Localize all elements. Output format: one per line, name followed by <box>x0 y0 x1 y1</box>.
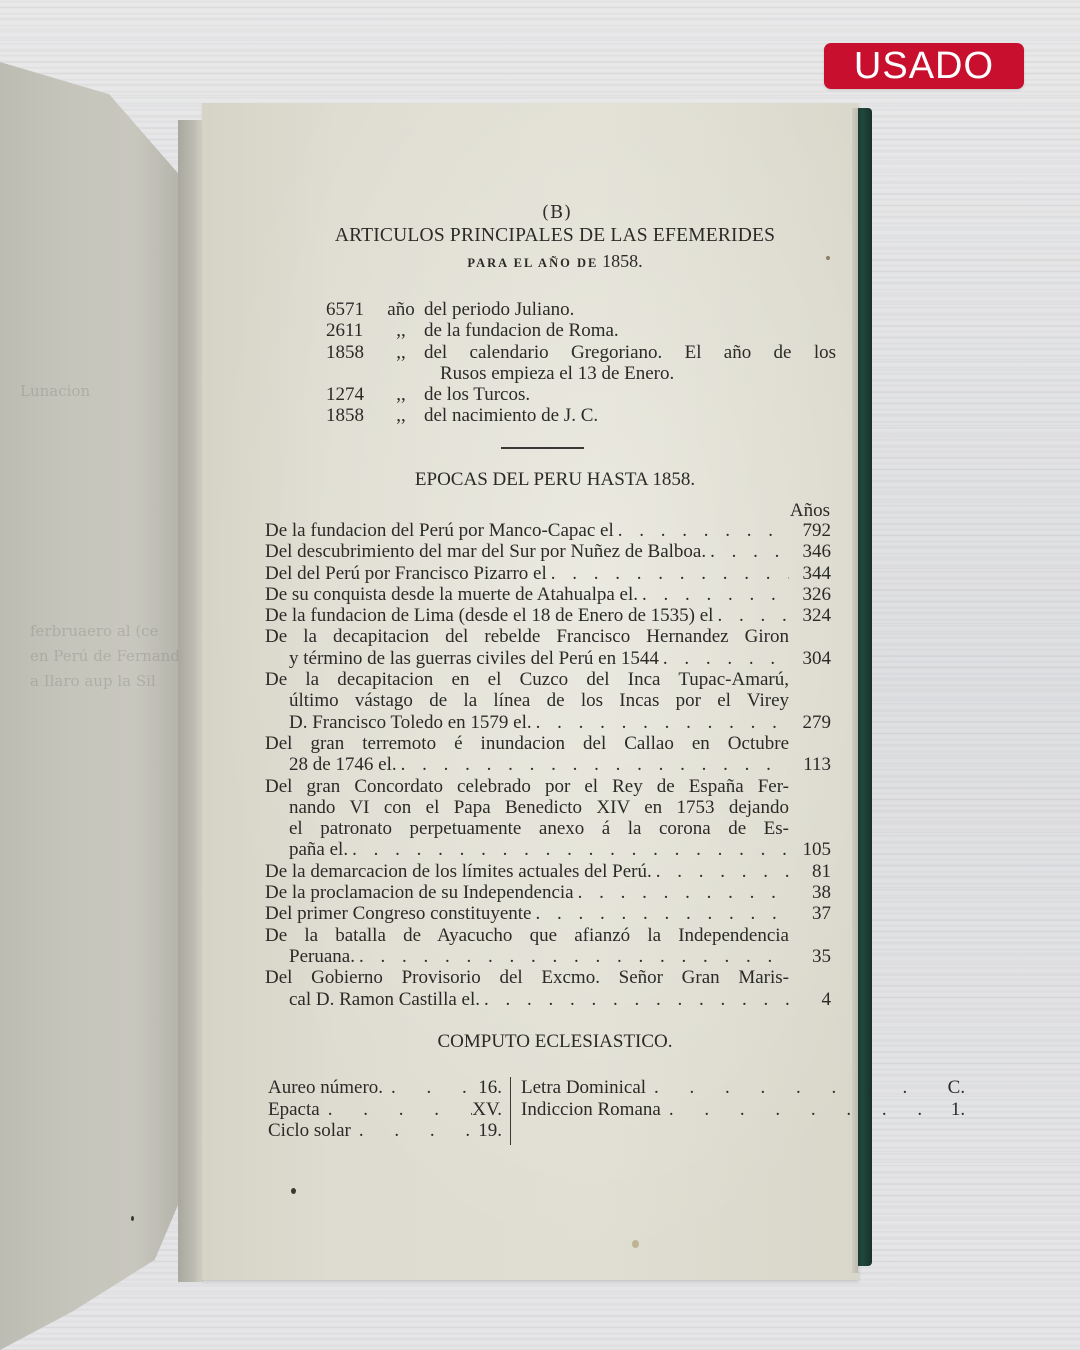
epoch-entry: De la proclamacion de su Independencia .… <box>265 882 831 903</box>
leader-dots: . . . . . . . . . . . . . . . . . . . . … <box>710 541 789 562</box>
epoch-line: último vástago de la línea de los Incas … <box>265 690 789 711</box>
epoch-entry: De su conquista desde la muerte de Atahu… <box>265 584 831 605</box>
paper-stain <box>632 1240 639 1248</box>
epoch-years: 304 <box>789 648 831 669</box>
bleed-through-text: en Perú de Fernando <box>30 647 189 665</box>
epoch-line-text: Del descubrimiento del mar del Sur por N… <box>265 541 706 562</box>
epoch-line-text: 28 de 1746 el. <box>289 754 397 775</box>
epoch-description: De su conquista desde la muerte de Atahu… <box>265 584 789 605</box>
computo-left-column: Aureo número. . . . . . . . . 16. Epacta… <box>268 1077 511 1145</box>
computo-value: C. <box>935 1077 965 1099</box>
computo-row: Epacta . . . . . . . . XV. <box>268 1099 502 1121</box>
era-text: de los Turcos. <box>424 384 836 405</box>
bleed-through-text: ferbruaero al (ce <box>30 622 158 640</box>
computo-table: Aureo número. . . . . . . . . 16. Epacta… <box>268 1077 838 1145</box>
page-subtitle: PARA EL AÑO DE 1858. <box>260 251 850 272</box>
epoch-years: 37 <box>789 903 831 924</box>
epoch-years: 105 <box>789 839 831 860</box>
era-number: 6571 <box>326 299 378 320</box>
computo-row: Aureo número. . . . . . . . . 16. <box>268 1077 502 1099</box>
epoch-description: Del gran terremoto é inundacion del Call… <box>265 733 789 776</box>
computo-row: Ciclo solar . . . . . . . . 19. <box>268 1120 502 1142</box>
computo-value: 1. <box>935 1099 965 1121</box>
epoch-years: 344 <box>789 563 831 584</box>
epoch-line: y término de las guerras civiles del Per… <box>265 648 789 669</box>
era-row: 2611 ,, de la fundacion de Roma. <box>326 320 836 341</box>
leader-dots: . . . . . . . . <box>320 1099 472 1121</box>
epoch-line: Del del Perú por Francisco Pizarro el . … <box>265 563 789 584</box>
section-mark: (B) <box>262 202 852 223</box>
epoch-line-text: De la proclamacion de su Independencia <box>265 882 574 903</box>
epoch-line: De la decapitacion del rebelde Francisco… <box>265 626 789 647</box>
used-condition-badge: USADO <box>824 43 1024 89</box>
epoch-line-text: Del primer Congreso constituyente <box>265 903 531 924</box>
epoch-line: nando VI con el Papa Benedicto XIV en 17… <box>265 797 789 818</box>
epoch-entry: De la demarcacion de los límites actuale… <box>265 861 831 882</box>
epoch-entry: De la batalla de Ayacucho que afianzó la… <box>265 925 831 968</box>
computo-heading: COMPUTO ECLESIASTICO. <box>260 1031 850 1053</box>
epocas-heading: EPOCAS DEL PERU HASTA 1858. <box>260 469 850 491</box>
epoch-description: De la batalla de Ayacucho que afianzó la… <box>265 925 789 968</box>
epoch-line: Peruana. . . . . . . . . . . . . . . . .… <box>265 946 789 967</box>
era-text: del periodo Juliano. <box>424 299 836 320</box>
leader-dots: . . . . . . . . <box>646 1077 935 1099</box>
epoch-description: Del Gobierno Provisorio del Excmo. Señor… <box>265 967 789 1010</box>
computo-row: Letra Dominical . . . . . . . . C. <box>521 1077 965 1099</box>
leader-dots: . . . . . . . . . . . . . . . . . . . . … <box>618 520 789 541</box>
epoch-line: De la batalla de Ayacucho que afianzó la… <box>265 925 789 946</box>
epoch-years: 81 <box>789 861 831 882</box>
epoch-line: Del gran terremoto é inundacion del Call… <box>265 733 789 754</box>
epoch-line: D. Francisco Toledo en 1579 el. . . . . … <box>265 712 789 733</box>
computo-label: Letra Dominical <box>521 1077 646 1099</box>
epoch-line: 28 de 1746 el. . . . . . . . . . . . . .… <box>265 754 789 775</box>
era-row: 1858 ,, del calendario Gregoriano. El añ… <box>326 342 836 363</box>
epoch-line: De la proclamacion de su Independencia .… <box>265 882 789 903</box>
epoch-years: 326 <box>789 584 831 605</box>
epoch-description: Del primer Congreso constituyente . . . … <box>265 903 789 924</box>
computo-right-column: Letra Dominical . . . . . . . . C. Indic… <box>511 1077 965 1145</box>
epoch-description: De la fundacion del Perú por Manco-Capac… <box>265 520 789 541</box>
era-text: de la fundacion de Roma. <box>424 320 836 341</box>
leader-dots: . . . . . . . . . . . . . . . . . . . . … <box>717 605 789 626</box>
era-text: del nacimiento de J. C. <box>424 405 836 426</box>
epoch-line-text: Peruana. <box>289 946 355 967</box>
epoch-line: De la demarcacion de los límites actuale… <box>265 861 789 882</box>
leader-dots: . . . . . . . . . . . . . . . . . . . . … <box>484 989 789 1010</box>
epoch-line-text: Del del Perú por Francisco Pizarro el <box>265 563 547 584</box>
epoch-description: Del descubrimiento del mar del Sur por N… <box>265 541 789 562</box>
paper-speck <box>131 1216 134 1221</box>
leader-dots: . . . . . . . . . . . . . . . . . . . . … <box>663 648 789 669</box>
epoch-list: De la fundacion del Perú por Manco-Capac… <box>265 520 831 1010</box>
epoch-years: 279 <box>789 712 831 733</box>
section-divider <box>501 447 584 449</box>
epoch-description: De la fundacion de Lima (desde el 18 de … <box>265 605 789 626</box>
epoch-line: paña el. . . . . . . . . . . . . . . . .… <box>265 839 789 860</box>
epoch-line-text: paña el. <box>289 839 348 860</box>
epoch-entry: Del descubrimiento del mar del Sur por N… <box>265 541 831 562</box>
era-row: 1858 ,, del nacimiento de J. C. <box>326 405 836 426</box>
epoch-line: De la decapitacion en el Cuzco del Inca … <box>265 669 789 690</box>
computo-value: 16. <box>472 1077 502 1099</box>
epoch-line-text: D. Francisco Toledo en 1579 el. <box>289 712 532 733</box>
computo-label: Epacta <box>268 1099 320 1121</box>
paper-speck <box>291 1188 296 1194</box>
subtitle-year: 1858. <box>602 251 643 271</box>
leader-dots: . . . . . . . . . . . . . . . . . . . . … <box>551 563 789 584</box>
epoch-line: De la fundacion de Lima (desde el 18 de … <box>265 605 789 626</box>
era-unit <box>378 363 424 384</box>
epoch-description: Del gran Concordato celebrado por el Rey… <box>265 776 789 861</box>
leader-dots: . . . . . . . . . . . . . . . . . . . . … <box>401 754 789 775</box>
era-unit: ,, <box>378 384 424 405</box>
epoch-years: 346 <box>789 541 831 562</box>
leader-dots: . . . . . . . . . . . . . . . . . . . . … <box>656 861 789 882</box>
leader-dots: . . . . . . . . . . . . . . . . . . . . … <box>535 903 789 924</box>
epoch-line: Del primer Congreso constituyente . . . … <box>265 903 789 924</box>
epoch-entry: Del del Perú por Francisco Pizarro el . … <box>265 563 831 584</box>
era-unit: ,, <box>378 342 424 363</box>
subtitle-prefix: PARA EL AÑO DE <box>467 256 598 270</box>
epoch-line: De la fundacion del Perú por Manco-Capac… <box>265 520 789 541</box>
epoch-line: el patronato perpetuamente anexo á la co… <box>265 818 789 839</box>
epoch-line-text: De la fundacion de Lima (desde el 18 de … <box>265 605 713 626</box>
computo-row: Indiccion Romana . . . . . . . . 1. <box>521 1099 965 1121</box>
epoch-line-text: De su conquista desde la muerte de Atahu… <box>265 584 638 605</box>
epoch-years: 792 <box>789 520 831 541</box>
epoch-description: De la decapitacion en el Cuzco del Inca … <box>265 669 789 733</box>
epoch-entry: Del gran terremoto é inundacion del Call… <box>265 733 831 776</box>
epoch-entry: Del Gobierno Provisorio del Excmo. Señor… <box>265 967 831 1010</box>
bleed-through-text: Lunacion <box>20 382 90 400</box>
epoch-line: De su conquista desde la muerte de Atahu… <box>265 584 789 605</box>
epoch-entry: De la fundacion de Lima (desde el 18 de … <box>265 605 831 626</box>
computo-value: 19. <box>472 1120 502 1142</box>
era-number: 1858 <box>326 405 378 426</box>
epoch-entry: De la decapitacion en el Cuzco del Inca … <box>265 669 831 733</box>
epoch-line-text: De la demarcacion de los límites actuale… <box>265 861 652 882</box>
years-column-label: Años <box>760 500 830 522</box>
era-unit: ,, <box>378 405 424 426</box>
leader-dots: . . . . . . . . . . . . . . . . . . . . … <box>578 882 789 903</box>
epoch-years: 38 <box>789 882 831 903</box>
epoch-line-text: De la fundacion del Perú por Manco-Capac… <box>265 520 614 541</box>
book-gutter <box>178 120 204 1282</box>
era-unit: ,, <box>378 320 424 341</box>
leader-dots: . . . . . . . . . . . . . . . . . . . . … <box>642 584 789 605</box>
epoch-years: 35 <box>789 946 831 967</box>
page-title: ARTICULOS PRINCIPALES DE LAS EFEMERIDES <box>260 224 850 247</box>
left-page: Lunacion ferbruaero al (ce en Perú de Fe… <box>0 62 182 1350</box>
epoch-years: 113 <box>789 754 831 775</box>
leader-dots: . . . . . . . . . . . . . . . . . . . . … <box>536 712 789 733</box>
epoch-description: Del del Perú por Francisco Pizarro el . … <box>265 563 789 584</box>
leader-dots: . . . . . . . . <box>351 1120 472 1142</box>
bleed-through-text: a Ilaro aup la Sil <box>30 672 156 690</box>
epoch-line: Del descubrimiento del mar del Sur por N… <box>265 541 789 562</box>
epoch-line: Del Gobierno Provisorio del Excmo. Señor… <box>265 967 789 988</box>
era-row: Rusos empieza el 13 de Enero. <box>326 363 836 384</box>
computo-label: Indiccion Romana <box>521 1099 661 1121</box>
era-text: Rusos empieza el 13 de Enero. <box>424 363 836 384</box>
epoch-description: De la demarcacion de los límites actuale… <box>265 861 789 882</box>
epoch-entry: Del gran Concordato celebrado por el Rey… <box>265 776 831 861</box>
paper-speck <box>826 256 830 260</box>
leader-dots: . . . . . . . . <box>383 1077 472 1099</box>
era-number: 1858 <box>326 342 378 363</box>
epoch-years: 4 <box>789 989 831 1010</box>
epoch-line-text: cal D. Ramon Castilla el. <box>289 989 480 1010</box>
epoch-line: cal D. Ramon Castilla el. . . . . . . . … <box>265 989 789 1010</box>
era-row: 1274 ,, de los Turcos. <box>326 384 836 405</box>
era-row: 6571 año del periodo Juliano. <box>326 299 836 320</box>
era-number: 1274 <box>326 384 378 405</box>
epoch-description: De la proclamacion de su Independencia .… <box>265 882 789 903</box>
epoch-line-text: y término de las guerras civiles del Per… <box>289 648 659 669</box>
epoch-entry: Del primer Congreso constituyente . . . … <box>265 903 831 924</box>
epoch-years: 324 <box>789 605 831 626</box>
leader-dots: . . . . . . . . . . . . . . . . . . . . … <box>359 946 789 967</box>
computo-label: Aureo número. <box>268 1077 383 1099</box>
era-unit: año <box>378 299 424 320</box>
epoch-description: De la decapitacion del rebelde Francisco… <box>265 626 789 669</box>
leader-dots: . . . . . . . . . . . . . . . . . . . . … <box>352 839 789 860</box>
era-text: del calendario Gregoriano. El año de los <box>424 342 836 363</box>
epoch-entry: De la fundacion del Perú por Manco-Capac… <box>265 520 831 541</box>
era-number <box>326 363 378 384</box>
leader-dots: . . . . . . . . <box>661 1099 935 1121</box>
computo-value: XV. <box>472 1099 502 1121</box>
era-number: 2611 <box>326 320 378 341</box>
computo-label: Ciclo solar <box>268 1120 351 1142</box>
era-list: 6571 año del periodo Juliano. 2611 ,, de… <box>326 299 836 427</box>
epoch-line: Del gran Concordato celebrado por el Rey… <box>265 776 789 797</box>
epoch-entry: De la decapitacion del rebelde Francisco… <box>265 626 831 669</box>
